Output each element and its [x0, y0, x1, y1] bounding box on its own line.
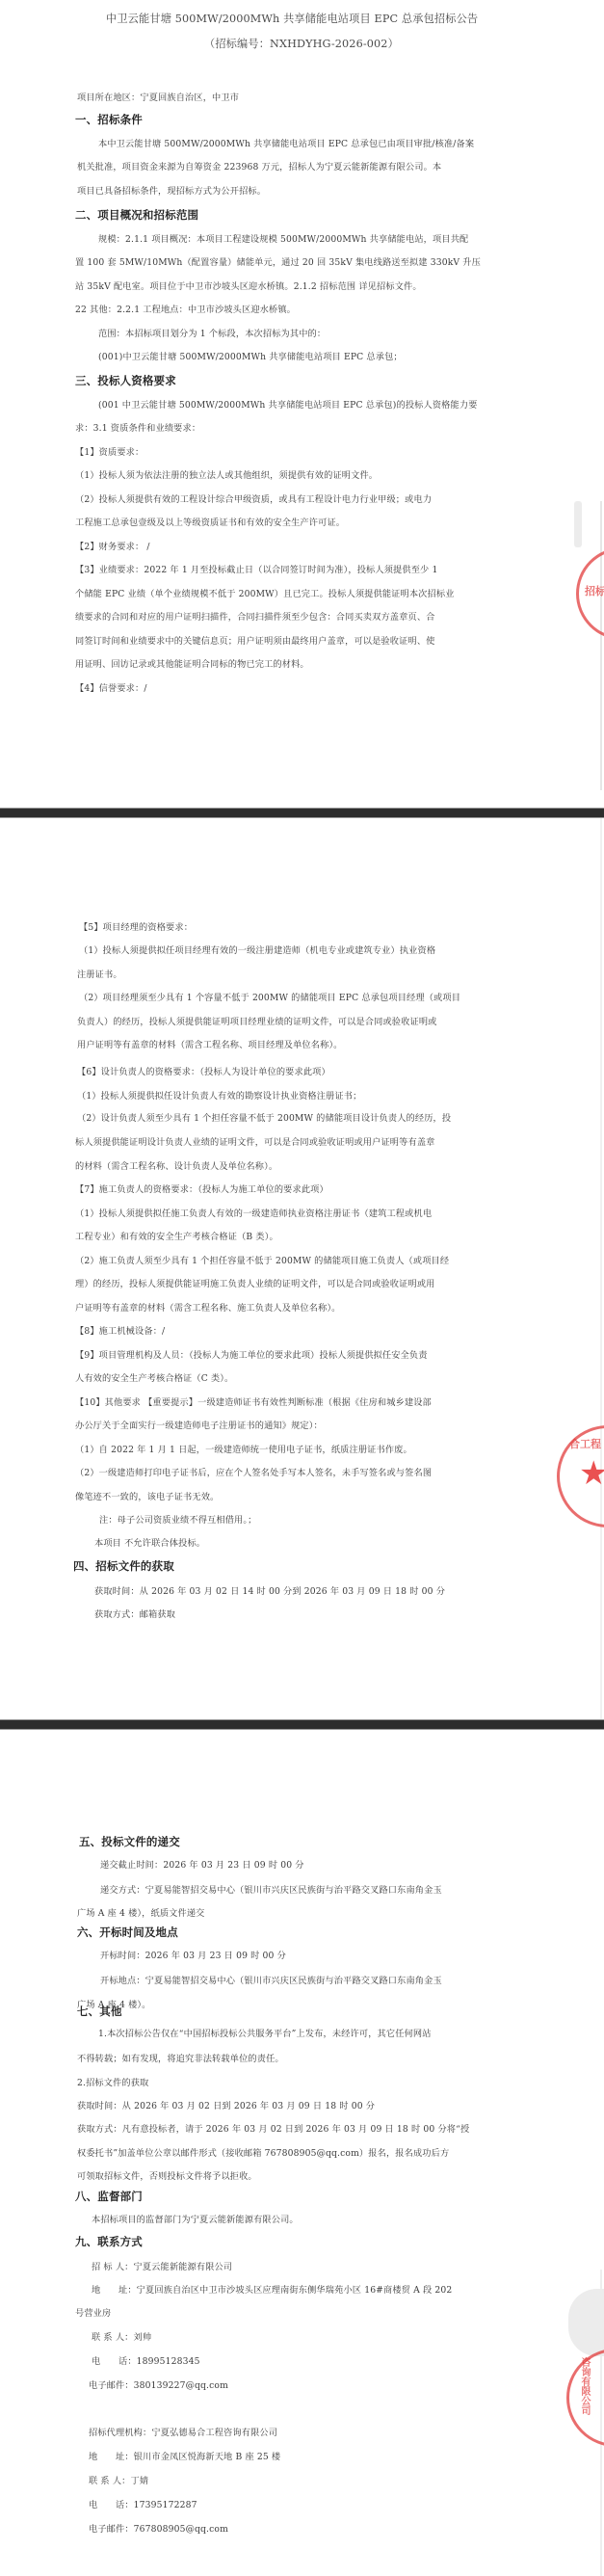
paragraph-line: 【9】项目管理机构及人员：（投标人为施工单位的要求此项）投标人须提供拟任安全负责 [75, 1350, 428, 1362]
paragraph-line: 户证明等有盖章的材料（需含工程名称、施工负责人及单位名称）。 [75, 1303, 341, 1315]
paragraph-line: 获取时间：从 2026 年 03 月 02 日到 2026 年 03 月 09 … [77, 2101, 375, 2112]
scan-artifact [574, 501, 582, 547]
paragraph-line: 获取时间：从 2026 年 03 月 02 日 14 时 00 分到 2026 … [94, 1586, 445, 1598]
section-heading-7: 七、其他 [77, 2005, 122, 2017]
paragraph-line: 【8】施工机械设备：/ [75, 1326, 165, 1338]
paragraph-line: 置 100 套 5MW/10MWh（配置容量）储能单元，通过 20 回 35kV… [75, 257, 481, 269]
paragraph-line: 负责人）的经历，投标人须提供能证明项目经理业绩的证明文件，可以是合同或验收证明或 [77, 1017, 437, 1028]
paragraph-line: 像笔迹不一致的，该电子证书无效。 [75, 1492, 219, 1503]
paragraph-line: 递交方式：宁夏易能智招交易中心（银川市兴庆区民族街与治平路交叉路口东南角金玉 [100, 1885, 442, 1897]
paragraph-line: 用户证明等有盖章的材料（需含工程名称、项目经理及单位名称）。 [77, 1040, 343, 1051]
paragraph-line: 注册证书。 [77, 969, 122, 981]
paragraph-line: 站 35kV 配电室。项目位于中卫市沙坡头区迎水桥镇。2.1.2 招标范围 详见… [75, 281, 422, 293]
paragraph-line: 机关批准，项目资金来源为自筹资金 223968 万元，招标人为宁夏云能新能源有限… [77, 162, 441, 173]
paragraph-line: （2）设计负责人须至少具有 1 个担任容量不低于 200MW 的储能项目设计负责… [77, 1113, 451, 1125]
paragraph-line: 获取方式：邮箱获取 [94, 1609, 175, 1621]
agency-name: 招标代理机构：宁夏弘德易合工程咨询有限公司 [89, 2428, 277, 2439]
paragraph-line: 【10】其他要求 【重要提示】一级建造师证书有效性判断标准（根据《住房和城乡建设… [75, 1397, 432, 1409]
paragraph-line: 【1】资质要求： [75, 447, 144, 459]
tenderer-address-cont: 号营业房 [75, 2308, 111, 2320]
tenderer-address: 地 址：宁夏回族自治区中卫市沙坡头区应理南街东侧华瑞苑小区 16#商楼贸 A 段… [92, 2285, 452, 2297]
paragraph-line: 2.招标文件的获取 [77, 2078, 148, 2089]
paragraph-line: 标人须提供能证明设计负责人业绩的证明文件，可以是合同或验收证明或用户证明等有盖章 [75, 1137, 435, 1149]
paragraph-line: （1）投标人须为依法注册的独立法人或其他组织，须提供有效的证明文件。 [75, 470, 378, 482]
bid-number: （招标编号：NXHDYHG-2026-002） [204, 39, 399, 50]
paragraph-line: 本中卫云能甘塘 500MW/2000MWh 共享储能电站项目 EPC 总承包已由… [98, 139, 474, 150]
paragraph-line: 规模：2.1.1 项目概况：本项目工程建设规模 500MW/2000MWh 共享… [98, 234, 468, 246]
tenderer-contact: 联 系 人：刘帅 [92, 2332, 151, 2344]
paragraph-line: 人有效的安全生产考核合格证（C 类）。 [75, 1373, 233, 1385]
paragraph-line: （1）投标人须提供拟任施工负责人有效的一级建造师执业资格注册证书（建筑工程或机电 [75, 1208, 432, 1220]
section-heading-2: 二、项目概况和招标范围 [75, 209, 198, 221]
paragraph-line: 【7】施工负责人的资格要求：（投标人为施工单位的要求此项） [75, 1184, 328, 1196]
stamp-text: 招标 [585, 583, 604, 598]
paragraph-line: 办公厅关于全面实行一级建造师电子注册证书的通知》规定）： [75, 1421, 323, 1432]
paragraph-line: （1）自 2022 年 1 月 1 日起，一级建造师统一使用电子证书，纸质注册证… [75, 1445, 412, 1456]
agency-address: 地 址：银川市金凤区悦海新天地 B 座 25 楼 [89, 2452, 280, 2463]
paragraph-line: 工程施工总承包壹级及以上等级资质证书和有效的安全生产许可证。 [75, 518, 345, 529]
paragraph-line: 可领取招标文件，否则投标文件将予以拒收。 [77, 2171, 257, 2183]
tenderer-phone: 电 话：18995128345 [92, 2356, 200, 2368]
paragraph-line: 开标地点：宁夏易能智招交易中心（银川市兴庆区民族街与治平路交叉路口东南角金玉 [100, 1976, 442, 1987]
paragraph-line: 项目已具备招标条件，现招标方式为公开招标。 [77, 186, 266, 198]
stamp-text: 咨询有限公司 [577, 2357, 591, 2415]
paragraph-line: 范围：本招标项目划分为 1 个标段，本次招标为其中的： [98, 329, 326, 340]
tenderer-email: 电子邮件：380139227@qq.com [89, 2380, 228, 2392]
red-seal-stamp: 合工程 ★ [557, 1425, 604, 1527]
paragraph-line: 获取方式：凡有意投标者，请于 2026 年 03 月 02 日到 2026 年 … [77, 2124, 469, 2136]
paragraph-line: 的材料（需含工程名称、设计负责人及单位名称）。 [75, 1161, 277, 1173]
paragraph-line: 绩要求的合同和对应的用户证明扫描件，合同扫描件须至少包含：合同买卖双方盖章页、合 [75, 612, 435, 624]
project-region: 项目所在地区：宁夏回族自治区，中卫市 [77, 93, 239, 104]
paragraph-line: （1）投标人须提供拟任设计负责人有效的勘察设计执业资格注册证书； [77, 1091, 361, 1102]
agency-email: 电子邮件：767808905@qq.com [89, 2524, 228, 2536]
paragraph-line: （2）投标人须提供有效的工程设计综合甲级资质，或具有工程设计电力行业甲级；或电力 [75, 494, 432, 506]
page-divider [0, 1719, 604, 1730]
paragraph-line: （2）一级建造师打印电子证书后，应在个人签名处手写本人签名，未手写签名或与签名图 [75, 1468, 432, 1479]
tenderer-name: 招 标 人：宁夏云能新能源有限公司 [92, 2262, 232, 2273]
page-divider [0, 808, 604, 818]
star-icon: ★ [579, 1457, 604, 1490]
paragraph-line: 工程专业）和有效的安全生产考核合格证（B 类）。 [75, 1232, 278, 1243]
paragraph-line: 22 其他：2.2.1 工程地点：中卫市沙坡头区迎水桥镇。 [75, 305, 296, 316]
section-heading-6: 六、开标时间及地点 [77, 1926, 178, 1938]
section-heading-3: 三、投标人资格要求 [75, 375, 176, 386]
paragraph-line: 本项目 不允许联合体投标。 [94, 1538, 205, 1550]
paragraph-line: 【4】信誉要求：/ [75, 683, 147, 695]
page-edge [600, 818, 602, 1719]
paragraph-line: 递交截止时间：2026 年 03 月 23 日 09 时 00 分 [100, 1860, 304, 1872]
paragraph-line: （2）施工负责人须至少具有 1 个担任容量不低于 200MW 的储能项目施工负责… [75, 1256, 449, 1267]
paragraph-line: 【2】财务要求： / [75, 542, 150, 553]
paragraph-line: 个储能 EPC 业绩（单个业绩规模不低于 200MW）且已完工。投标人须提供能证… [75, 589, 455, 600]
agency-phone: 电 话：17395172287 [89, 2500, 197, 2511]
paragraph-line: 用证明、回访记录或其他能证明合同标的物已完工的材料。 [75, 659, 309, 671]
paragraph-line: 【6】设计负责人的资格要求：（投标人为设计单位的要求此项） [77, 1067, 330, 1078]
paragraph-line: 【5】项目经理的资格要求： [79, 922, 193, 934]
section-heading-1: 一、招标条件 [75, 114, 143, 125]
section-heading-4: 四、招标文件的获取 [73, 1560, 174, 1572]
paragraph-line: 理）的经历，投标人须提供能证明施工负责人业绩的证明文件，可以是合同或验收证明或用 [75, 1279, 435, 1290]
paragraph-line: (001)中卫云能甘塘 500MW/2000MWh 共享储能电站项目 EPC 总… [98, 352, 403, 363]
paragraph-line: 同签订时间和业绩要求中的关键信息页；用户证明须由最终用户盖章，可以是验收证明、使 [75, 636, 435, 648]
page-edge [600, 501, 602, 790]
document-title: 中卫云能甘塘 500MW/2000MWh 共享储能电站项目 EPC 总承包招标公… [106, 13, 478, 25]
section-heading-5: 五、投标文件的递交 [79, 1836, 180, 1847]
paragraph-line: 注：母子公司资质业绩不得互相借用。； [99, 1515, 256, 1527]
paragraph-line: 不得转载；如有发现，将追究非法转载单位的责任。 [77, 2054, 284, 2065]
paragraph-line: 开标时间：2026 年 03 月 23 日 09 时 00 分 [100, 1951, 286, 1962]
paragraph-line: （2）项目经理须至少具有 1 个容量不低于 200MW 的储能项目 EPC 总承… [79, 993, 460, 1004]
paragraph-line: 【3】业绩要求：2022 年 1 月至投标截止日（以合同签订时间为准），投标人须… [75, 565, 437, 576]
document-page-3: 五、投标文件的递交 递交截止时间：2026 年 03 月 23 日 09 时 0… [0, 1730, 604, 2576]
document-page-2: 【5】项目经理的资格要求： （1）投标人须提供拟任项目经理有效的一级注册建造师（… [0, 818, 604, 1719]
agency-contact: 联 系 人：丁婧 [89, 2476, 148, 2487]
section-heading-9: 九、联系方式 [75, 2236, 143, 2247]
paragraph-line: 广场 A 座 4 楼），纸质文件递交 [77, 1908, 205, 1920]
document-page-1: 中卫云能甘塘 500MW/2000MWh 共享储能电站项目 EPC 总承包招标公… [0, 0, 604, 808]
paragraph-line: 1.本次招标公告仅在“中国招标投标公共服务平台”上发布，未经许可，其它任何网站 [98, 2029, 432, 2040]
paragraph-line: 求：3.1 资质条件和业绩要求： [75, 423, 200, 435]
paragraph-line: 权委托书”加盖单位公章以邮件形式（接收邮箱 767808905@qq.com）报… [77, 2148, 449, 2160]
paragraph-line: 本招标项目的监督部门为宁夏云能新能源有限公司。 [92, 2215, 299, 2226]
paragraph-line: （1）投标人须提供拟任项目经理有效的一级注册建造师（机电专业或建筑专业）执业资格 [79, 945, 435, 957]
red-seal-stamp: 招标 [576, 547, 604, 640]
scan-artifact [568, 2289, 604, 2356]
paragraph-line: (001 中卫云能甘塘 500MW/2000MWh 共享储能电站项目 EPC 总… [98, 400, 478, 412]
stamp-text: 合工程 [569, 1436, 601, 1451]
section-heading-8: 八、监督部门 [75, 2191, 143, 2202]
red-seal-stamp: 咨询有限公司 [566, 2349, 604, 2447]
